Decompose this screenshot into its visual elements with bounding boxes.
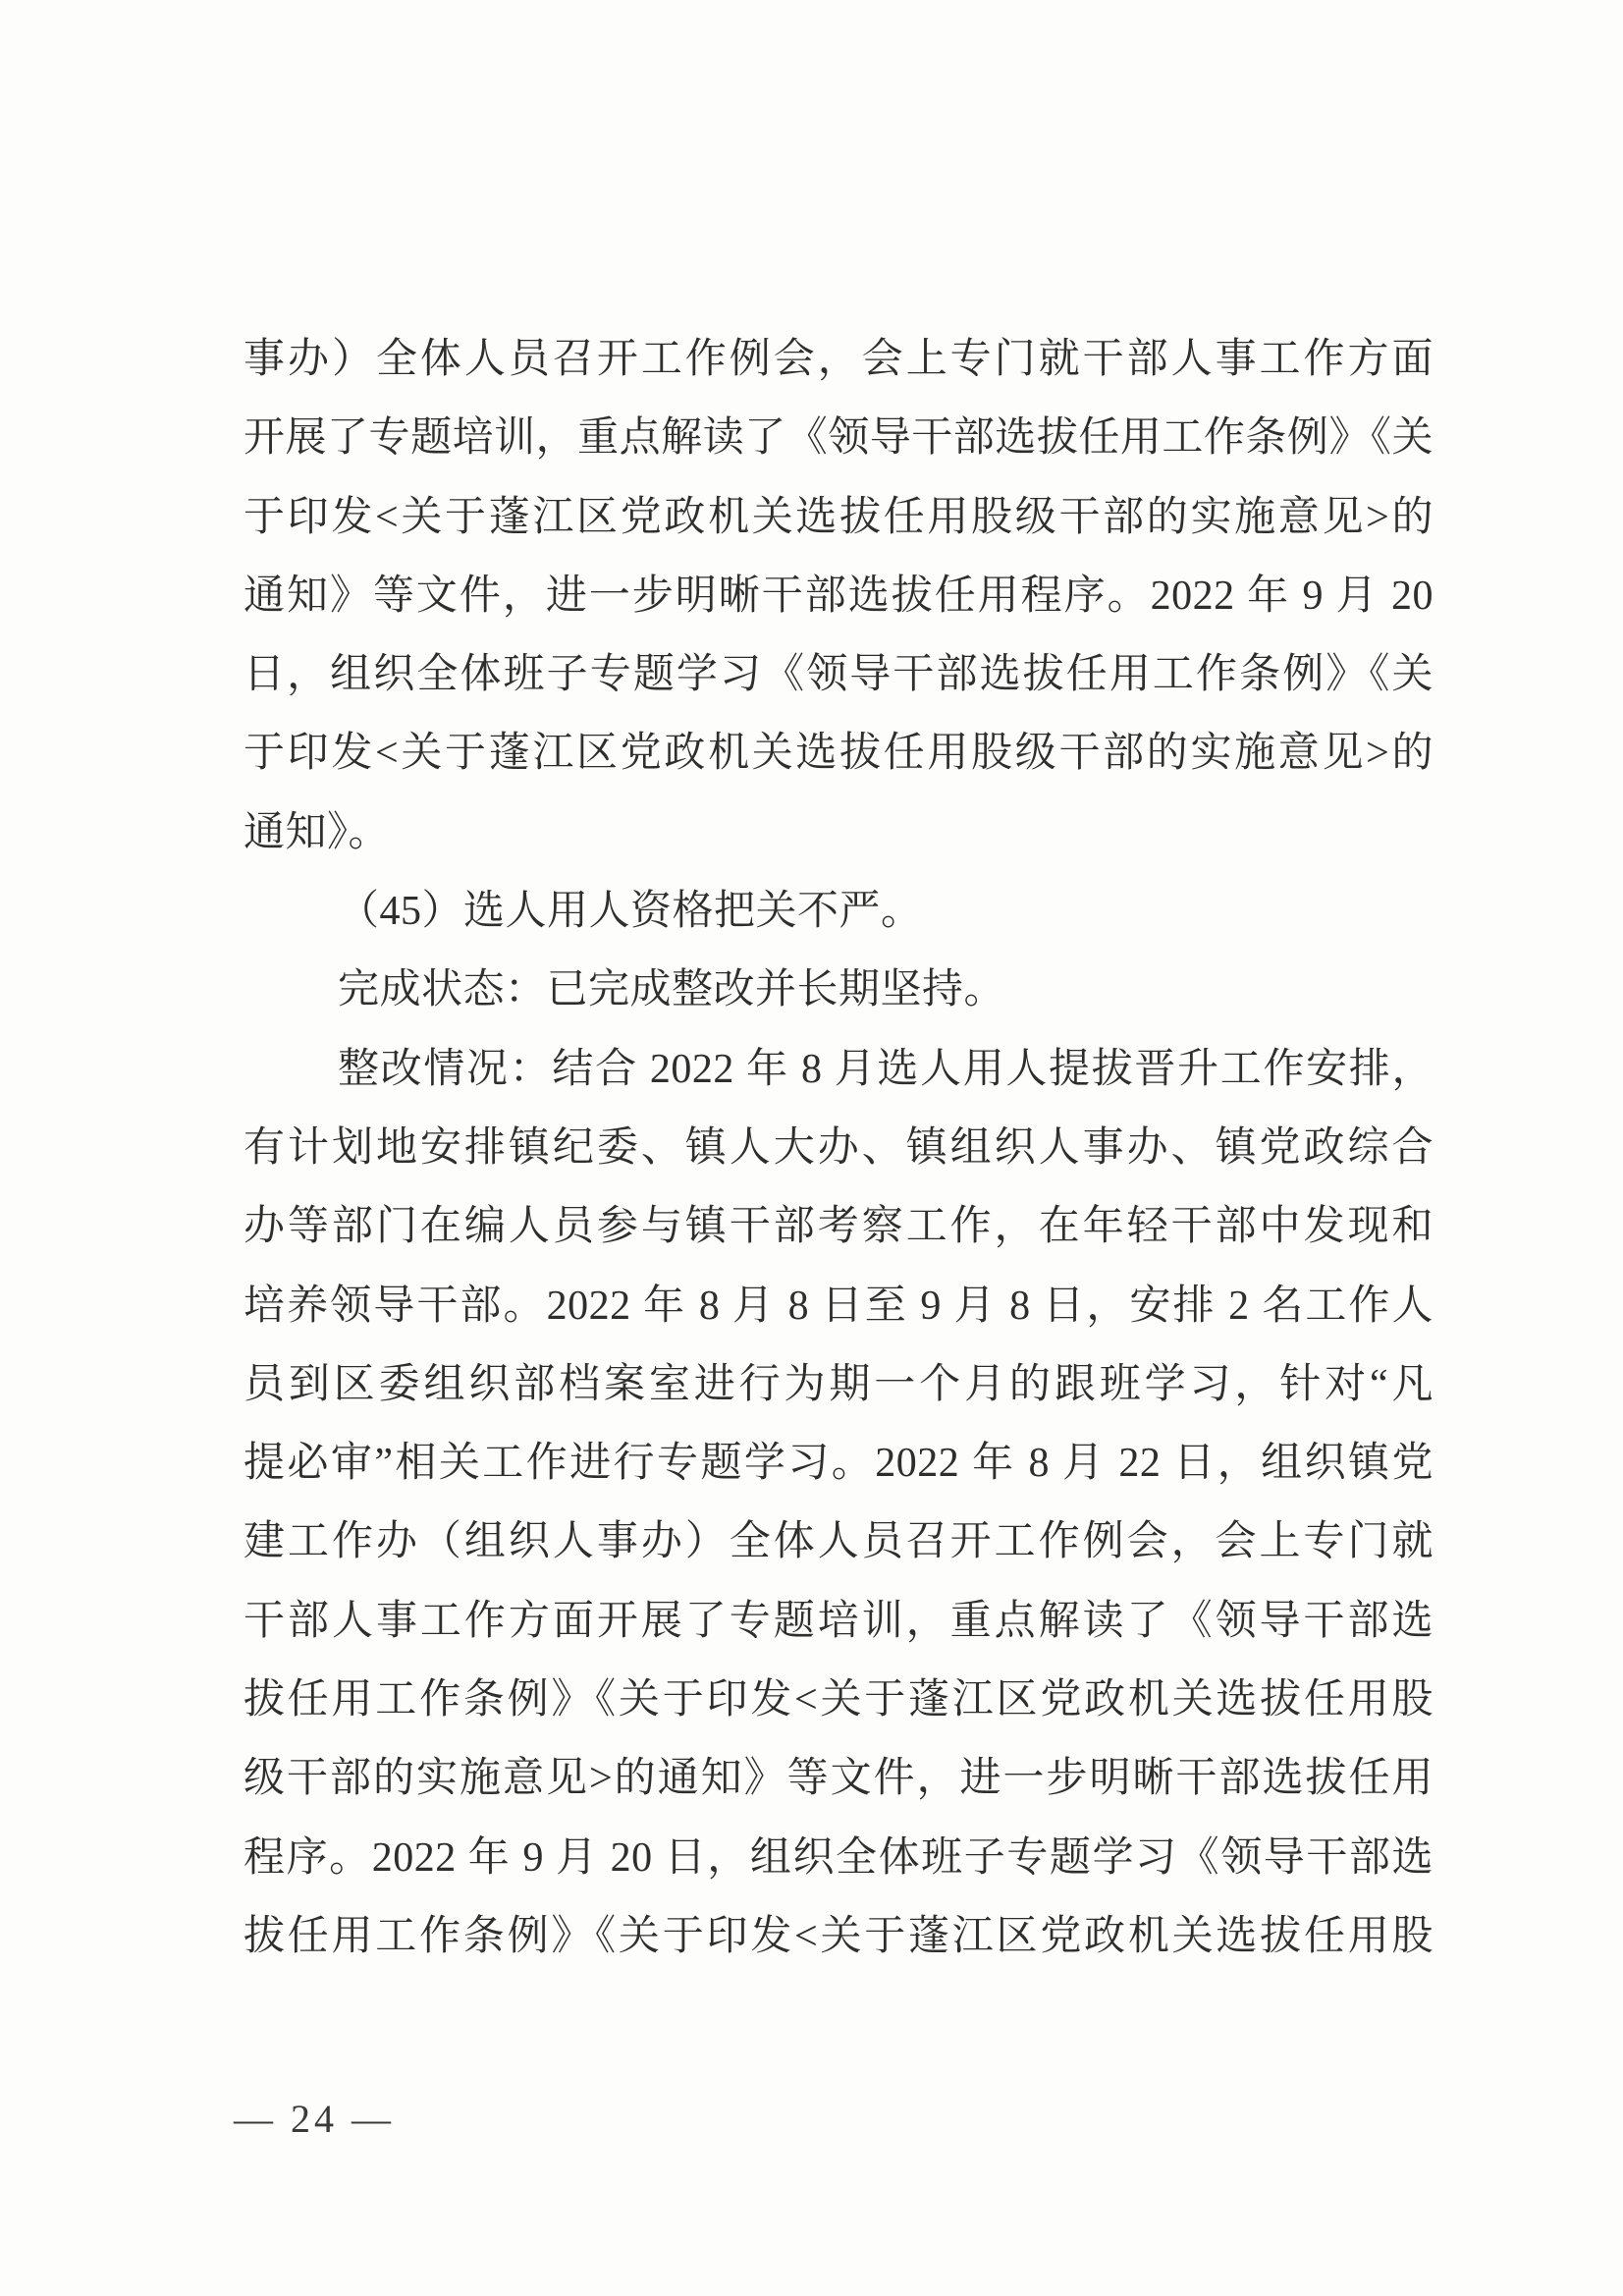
text-line-18: 拔任用工作条例》《关于印发<关于蓬江区党政机关选拔任用股	[243, 1661, 1434, 1739]
text-line-8: （45）选人用人资格把关不严。	[243, 872, 1434, 951]
text-line-7: 通知》。	[243, 793, 1434, 872]
text-line-15: 提必审”相关工作进行专题学习。2022 年 8 月 22 日，组织镇党	[243, 1424, 1434, 1503]
text-line-10: 整改情况：结合 2022 年 8 月选人用人提拔晋升工作安排，	[243, 1030, 1434, 1109]
text-line-6: 于印发<关于蓬江区党政机关选拔任用股级干部的实施意见>的	[243, 714, 1434, 793]
text-line-13: 培养领导干部。2022 年 8 月 8 日至 9 月 8 日，安排 2 名工作人	[243, 1267, 1434, 1345]
text-line-2: 开展了专题培训，重点解读了《领导干部选拔任用工作条例》《关	[243, 399, 1434, 477]
text-line-3: 于印发<关于蓬江区党政机关选拔任用股级干部的实施意见>的	[243, 478, 1434, 557]
text-line-21: 拔任用工作条例》《关于印发<关于蓬江区党政机关选拔任用股	[243, 1897, 1434, 1976]
text-line-5: 日，组织全体班子专题学习《领导干部选拔任用工作条例》《关	[243, 635, 1434, 714]
text-line-16: 建工作办（组织人事办）全体人员召开工作例会，会上专门就	[243, 1503, 1434, 1581]
text-line-20: 程序。2022 年 9 月 20 日，组织全体班子专题学习《领导干部选	[243, 1819, 1434, 1897]
text-line-9: 完成状态：已完成整改并长期坚持。	[243, 951, 1434, 1029]
text-line-19: 级干部的实施意见>的通知》等文件，进一步明晰干部选拔任用	[243, 1739, 1434, 1818]
text-line-11: 有计划地安排镇纪委、镇人大办、镇组织人事办、镇党政综合	[243, 1109, 1434, 1187]
text-line-1: 事办）全体人员召开工作例会，会上专门就干部人事工作方面	[243, 320, 1434, 399]
text-line-4: 通知》等文件，进一步明晰干部选拔任用程序。2022 年 9 月 20	[243, 557, 1434, 635]
text-line-17: 干部人事工作方面开展了专题培训，重点解读了《领导干部选	[243, 1582, 1434, 1661]
document-page: 事办）全体人员召开工作例会，会上专门就干部人事工作方面 开展了专题培训，重点解读…	[0, 0, 1623, 2296]
text-line-12: 办等部门在编人员参与镇干部考察工作，在年轻干部中发现和	[243, 1187, 1434, 1266]
page-number: — 24 —	[234, 2096, 395, 2142]
body-text: 事办）全体人员召开工作例会，会上专门就干部人事工作方面 开展了专题培训，重点解读…	[243, 320, 1434, 1976]
text-line-14: 员到区委组织部档案室进行为期一个月的跟班学习，针对“凡	[243, 1345, 1434, 1424]
